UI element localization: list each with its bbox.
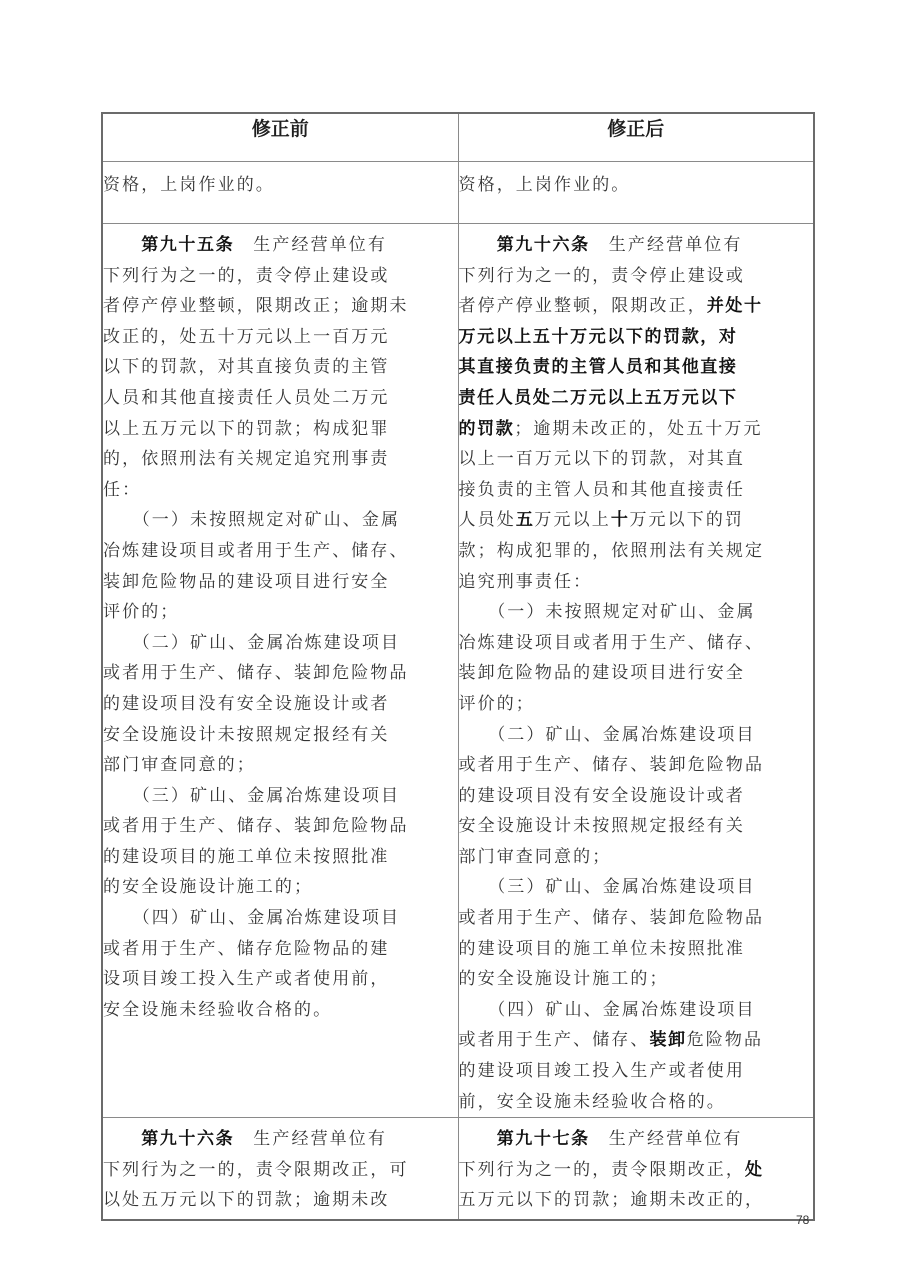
text-line: 或者用于生产、储存、装卸危险物品 bbox=[459, 903, 814, 934]
text-segment: （三）矿山、金属冶炼建设项目 bbox=[459, 877, 756, 897]
text-line: 改正的，处五十万元以上一百万元 bbox=[103, 322, 458, 353]
text-line: 安全设施未经验收合格的。 bbox=[103, 995, 458, 1026]
text-segment: 以处五万元以下的罚款；逾期未改 bbox=[103, 1190, 390, 1210]
text-segment: 的建设项目的施工单位未按照批准 bbox=[103, 847, 390, 867]
text-line: 款；构成犯罪的，依照刑法有关规定 bbox=[459, 536, 814, 567]
text-line: （二）矿山、金属冶炼建设项目 bbox=[459, 720, 814, 751]
text-segment bbox=[459, 235, 497, 255]
text-segment: 安全设施设计未按照规定报经有关 bbox=[459, 816, 746, 836]
text-line: 冶炼建设项目或者用于生产、储存、 bbox=[459, 628, 814, 659]
header-before: 修正前 bbox=[102, 113, 458, 162]
text-line: 或者用于生产、储存危险物品的建 bbox=[103, 934, 458, 965]
text-segment: 评价的； bbox=[103, 602, 179, 622]
text-line: 设项目竣工投入生产或者使用前， bbox=[103, 964, 458, 995]
text-segment: （四）矿山、金属冶炼建设项目 bbox=[103, 908, 400, 928]
text-line: 其直接负责的主管人员和其他直接 bbox=[459, 352, 814, 383]
text-segment: （一）未按照规定对矿山、金属 bbox=[459, 602, 756, 622]
text-line: 追究刑事责任： bbox=[459, 567, 814, 598]
cell-after: 第九十七条 生产经营单位有下列行为之一的，责令限期改正，处五万元以下的罚款；逾期… bbox=[458, 1118, 814, 1221]
amended-text: 第九十七条 bbox=[497, 1129, 590, 1149]
text-line: 的安全设施设计施工的； bbox=[459, 964, 814, 995]
text-line: （四）矿山、金属冶炼建设项目 bbox=[103, 903, 458, 934]
text-segment: 冶炼建设项目或者用于生产、储存、 bbox=[103, 541, 409, 561]
text-line: 装卸危险物品的建设项目进行安全 bbox=[103, 567, 458, 598]
text-line: 的建设项目竣工投入生产或者使用 bbox=[459, 1056, 814, 1087]
table-row: 资格，上岗作业的。 资格，上岗作业的。 bbox=[102, 162, 814, 224]
text-line: 五万元以下的罚款；逾期未改正的， bbox=[459, 1185, 814, 1216]
text-line: 以上五万元以下的罚款；构成犯罪 bbox=[103, 414, 458, 445]
text-line: 接负责的主管人员和其他直接责任 bbox=[459, 475, 814, 506]
text-segment: 的，依照刑法有关规定追究刑事责 bbox=[103, 449, 390, 469]
text-segment: 五万元以下的罚款；逾期未改正的， bbox=[459, 1190, 765, 1210]
text-segment: 评价的； bbox=[459, 694, 535, 714]
text-line: 的建设项目没有安全设施设计或者 bbox=[459, 781, 814, 812]
text-segment: 任： bbox=[103, 480, 141, 500]
text-segment: 万元以上 bbox=[534, 510, 610, 530]
cell-before: 资格，上岗作业的。 bbox=[102, 162, 458, 224]
text-segment: （三）矿山、金属冶炼建设项目 bbox=[103, 786, 400, 806]
text-segment: 安全设施未经验收合格的。 bbox=[103, 1000, 332, 1020]
text-line: （三）矿山、金属冶炼建设项目 bbox=[103, 781, 458, 812]
text-segment: 生产经营单位有 bbox=[234, 235, 387, 255]
text-line: 第九十六条 生产经营单位有 bbox=[459, 230, 814, 261]
cell-text: 第九十六条 生产经营单位有下列行为之一的，责令限期改正，可以处五万元以下的罚款；… bbox=[103, 1118, 458, 1216]
text-segment: 的建设项目的施工单位未按照批准 bbox=[459, 939, 746, 959]
text-segment: 设项目竣工投入生产或者使用前， bbox=[103, 969, 390, 989]
text-line: 下列行为之一的，责令限期改正，处 bbox=[459, 1155, 814, 1186]
text-line: 第九十五条 生产经营单位有 bbox=[103, 230, 458, 261]
text-segment: 追究刑事责任： bbox=[459, 572, 593, 592]
text-segment: ；逾期未改正的，处五十万元 bbox=[514, 419, 762, 439]
text-segment: 生产经营单位有 bbox=[234, 1129, 387, 1149]
text-line: 责任人员处二万元以上五万元以下 bbox=[459, 383, 814, 414]
text-line: 以下的罚款，对其直接负责的主管 bbox=[103, 352, 458, 383]
text-segment: 或者用于生产、储存、装卸危险物品 bbox=[459, 755, 765, 775]
text-segment bbox=[103, 235, 141, 255]
amended-text: 万元以上五十万元以下的罚款，对 bbox=[459, 327, 738, 347]
text-segment: 的建设项目没有安全设施设计或者 bbox=[459, 786, 746, 806]
amended-text: 并处十 bbox=[707, 296, 763, 316]
text-line: 或者用于生产、储存、装卸危险物品 bbox=[459, 750, 814, 781]
header-after: 修正后 bbox=[458, 113, 814, 162]
cell-text: 资格，上岗作业的。 bbox=[103, 162, 458, 201]
text-segment: 或者用于生产、储存、 bbox=[459, 1030, 650, 1050]
text-line: （一）未按照规定对矿山、金属 bbox=[459, 597, 814, 628]
text-segment: （四）矿山、金属冶炼建设项目 bbox=[459, 1000, 756, 1020]
text-line: 下列行为之一的，责令停止建设或 bbox=[103, 261, 458, 292]
cell-after: 资格，上岗作业的。 bbox=[458, 162, 814, 224]
text-line: 人员处五万元以上十万元以下的罚 bbox=[459, 505, 814, 536]
text-segment: 或者用于生产、储存、装卸危险物品 bbox=[103, 663, 409, 683]
text-line: 的罚款；逾期未改正的，处五十万元 bbox=[459, 414, 814, 445]
page-number: 78 bbox=[796, 1213, 809, 1227]
text-segment: 冶炼建设项目或者用于生产、储存、 bbox=[459, 633, 765, 653]
text-segment: 者停产停业整顿，限期改正；逾期未 bbox=[103, 296, 409, 316]
text-line: 的建设项目的施工单位未按照批准 bbox=[459, 934, 814, 965]
cell-text: 第九十五条 生产经营单位有下列行为之一的，责令停止建设或者停产停业整顿，限期改正… bbox=[103, 224, 458, 1025]
text-line: 或者用于生产、储存、装卸危险物品 bbox=[103, 811, 458, 842]
text-segment: 万元以下的罚 bbox=[629, 510, 744, 530]
text-segment: 的安全设施设计施工的； bbox=[103, 877, 313, 897]
text-segment: 前，安全设施未经验收合格的。 bbox=[459, 1092, 726, 1112]
text-line: 资格，上岗作业的。 bbox=[459, 170, 814, 201]
text-line: 评价的； bbox=[103, 597, 458, 628]
text-line: 下列行为之一的，责令限期改正，可 bbox=[103, 1155, 458, 1186]
text-segment: 装卸危险物品的建设项目进行安全 bbox=[459, 663, 746, 683]
table-header-row: 修正前 修正后 bbox=[102, 113, 814, 162]
text-segment: 以上五万元以下的罚款；构成犯罪 bbox=[103, 419, 390, 439]
amended-text: 责任人员处二万元以上五万元以下 bbox=[459, 388, 738, 408]
table-row: 第九十六条 生产经营单位有下列行为之一的，责令限期改正，可以处五万元以下的罚款；… bbox=[102, 1118, 814, 1221]
text-line: 者停产停业整顿，限期改正，并处十 bbox=[459, 291, 814, 322]
text-segment: 危险物品 bbox=[687, 1030, 763, 1050]
text-segment: 资格，上岗作业的。 bbox=[459, 175, 631, 195]
text-segment: 下列行为之一的，责令停止建设或 bbox=[103, 266, 390, 286]
text-line: 万元以上五十万元以下的罚款，对 bbox=[459, 322, 814, 353]
text-line: 以上一百万元以下的罚款，对其直 bbox=[459, 444, 814, 475]
text-line: 冶炼建设项目或者用于生产、储存、 bbox=[103, 536, 458, 567]
text-segment: 装卸危险物品的建设项目进行安全 bbox=[103, 572, 390, 592]
text-segment: 下列行为之一的，责令停止建设或 bbox=[459, 266, 746, 286]
text-line: 任： bbox=[103, 475, 458, 506]
text-line: 安全设施设计未按照规定报经有关 bbox=[103, 720, 458, 751]
amended-text: 第九十六条 bbox=[141, 1129, 234, 1149]
revision-comparison-table: 修正前 修正后 资格，上岗作业的。 资格，上岗作业的。 第九十五条 生产经营单位… bbox=[101, 112, 815, 1221]
text-line: 第九十七条 生产经营单位有 bbox=[459, 1124, 814, 1155]
text-segment: 以下的罚款，对其直接负责的主管 bbox=[103, 357, 390, 377]
text-line: 第九十六条 生产经营单位有 bbox=[103, 1124, 458, 1155]
text-line: 以处五万元以下的罚款；逾期未改 bbox=[103, 1185, 458, 1216]
text-line: 前，安全设施未经验收合格的。 bbox=[459, 1087, 814, 1118]
text-line: 的建设项目的施工单位未按照批准 bbox=[103, 842, 458, 873]
text-segment: 部门审查同意的； bbox=[459, 847, 612, 867]
cell-after: 第九十六条 生产经营单位有下列行为之一的，责令停止建设或者停产停业整顿，限期改正… bbox=[458, 224, 814, 1118]
text-line: 的建设项目没有安全设施设计或者 bbox=[103, 689, 458, 720]
amended-text: 五 bbox=[516, 510, 535, 530]
text-line: 装卸危险物品的建设项目进行安全 bbox=[459, 658, 814, 689]
text-segment: （一）未按照规定对矿山、金属 bbox=[103, 510, 400, 530]
text-segment: 部门审查同意的； bbox=[103, 755, 256, 775]
text-line: （一）未按照规定对矿山、金属 bbox=[103, 505, 458, 536]
text-segment: 者停产停业整顿，限期改正， bbox=[459, 296, 707, 316]
text-line: 的安全设施设计施工的； bbox=[103, 872, 458, 903]
text-line: （四）矿山、金属冶炼建设项目 bbox=[459, 995, 814, 1026]
text-segment: 生产经营单位有 bbox=[590, 1129, 743, 1149]
text-segment: 接负责的主管人员和其他直接责任 bbox=[459, 480, 746, 500]
text-segment: （二）矿山、金属冶炼建设项目 bbox=[459, 725, 756, 745]
text-segment: 或者用于生产、储存危险物品的建 bbox=[103, 939, 390, 959]
amended-text: 其直接负责的主管人员和其他直接 bbox=[459, 357, 738, 377]
text-line: 安全设施设计未按照规定报经有关 bbox=[459, 811, 814, 842]
text-segment: 或者用于生产、储存、装卸危险物品 bbox=[103, 816, 409, 836]
text-segment: 资格，上岗作业的。 bbox=[103, 175, 275, 195]
amended-text: 第九十五条 bbox=[141, 235, 234, 255]
text-segment: 或者用于生产、储存、装卸危险物品 bbox=[459, 908, 765, 928]
text-line: （三）矿山、金属冶炼建设项目 bbox=[459, 872, 814, 903]
text-line: 或者用于生产、储存、装卸危险物品 bbox=[103, 658, 458, 689]
cell-before: 第九十六条 生产经营单位有下列行为之一的，责令限期改正，可以处五万元以下的罚款；… bbox=[102, 1118, 458, 1221]
cell-text: 资格，上岗作业的。 bbox=[459, 162, 814, 201]
amended-text: 第九十六条 bbox=[497, 235, 590, 255]
cell-text: 第九十六条 生产经营单位有下列行为之一的，责令停止建设或者停产停业整顿，限期改正… bbox=[459, 224, 814, 1117]
text-line: 者停产停业整顿，限期改正；逾期未 bbox=[103, 291, 458, 322]
text-segment: 款；构成犯罪的，依照刑法有关规定 bbox=[459, 541, 765, 561]
text-segment: 的安全设施设计施工的； bbox=[459, 969, 669, 989]
text-line: 下列行为之一的，责令停止建设或 bbox=[459, 261, 814, 292]
text-line: 资格，上岗作业的。 bbox=[103, 170, 458, 201]
text-segment: 人员处 bbox=[459, 510, 516, 530]
text-segment: 下列行为之一的，责令限期改正，可 bbox=[103, 1160, 409, 1180]
text-segment: 安全设施设计未按照规定报经有关 bbox=[103, 725, 390, 745]
text-line: 评价的； bbox=[459, 689, 814, 720]
text-segment: 的建设项目竣工投入生产或者使用 bbox=[459, 1061, 746, 1081]
text-segment: 下列行为之一的，责令限期改正， bbox=[459, 1160, 746, 1180]
text-segment: 人员和其他直接责任人员处二万元 bbox=[103, 388, 390, 408]
text-segment bbox=[103, 1129, 141, 1149]
text-line: 部门审查同意的； bbox=[459, 842, 814, 873]
amended-text: 的罚款 bbox=[459, 419, 515, 439]
table-row: 第九十五条 生产经营单位有下列行为之一的，责令停止建设或者停产停业整顿，限期改正… bbox=[102, 224, 814, 1118]
text-line: 或者用于生产、储存、装卸危险物品 bbox=[459, 1025, 814, 1056]
amended-text: 处 bbox=[745, 1160, 764, 1180]
text-segment: 生产经营单位有 bbox=[590, 235, 743, 255]
amended-text: 十 bbox=[611, 510, 630, 530]
cell-text: 第九十七条 生产经营单位有下列行为之一的，责令限期改正，处五万元以下的罚款；逾期… bbox=[459, 1118, 814, 1216]
text-line: 部门审查同意的； bbox=[103, 750, 458, 781]
document-page: 修正前 修正后 资格，上岗作业的。 资格，上岗作业的。 第九十五条 生产经营单位… bbox=[0, 0, 900, 1273]
cell-before: 第九十五条 生产经营单位有下列行为之一的，责令停止建设或者停产停业整顿，限期改正… bbox=[102, 224, 458, 1118]
text-line: （二）矿山、金属冶炼建设项目 bbox=[103, 628, 458, 659]
text-segment bbox=[459, 1129, 497, 1149]
text-line: 的，依照刑法有关规定追究刑事责 bbox=[103, 444, 458, 475]
amended-text: 装卸 bbox=[650, 1030, 687, 1050]
text-segment: （二）矿山、金属冶炼建设项目 bbox=[103, 633, 400, 653]
text-line: 人员和其他直接责任人员处二万元 bbox=[103, 383, 458, 414]
text-segment: 改正的，处五十万元以上一百万元 bbox=[103, 327, 390, 347]
text-segment: 以上一百万元以下的罚款，对其直 bbox=[459, 449, 746, 469]
text-segment: 的建设项目没有安全设施设计或者 bbox=[103, 694, 390, 714]
